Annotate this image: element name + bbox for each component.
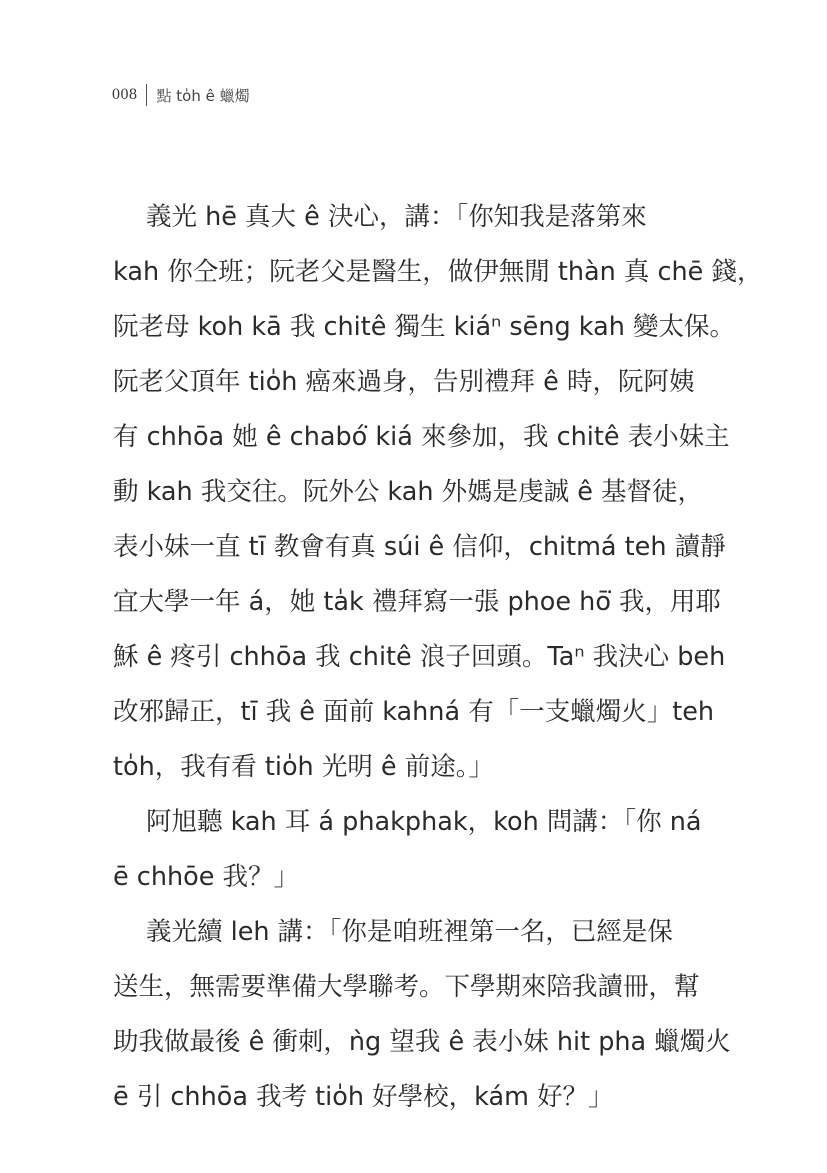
text-line: 送生，無需要準備大學聯考。下學期來陪我讀冊，幫 — [113, 960, 723, 1015]
header-divider — [146, 84, 147, 106]
text-line: to̍h，我有看 tio̍h 光明 ê 前途。」 — [113, 740, 723, 795]
running-header: 008 點 to̍h ê 蠟燭 — [112, 84, 250, 106]
text-line: 有 chhōa 她 ê chabó͘ kiá 來參加，我 chitê 表小妹主 — [113, 410, 723, 465]
text-line: 改邪歸正，tī 我 ê 面前 kahná 有「一支蠟燭火」teh — [113, 685, 723, 740]
text-line: ē 引 chhōa 我考 tio̍h 好學校，kám 好？」 — [113, 1070, 723, 1125]
text-line: 義光 hē 真大 ê 決心，講：「你知我是落第來 — [113, 190, 723, 245]
text-line: 穌 ê 疼引 chhōa 我 chitê 浪子回頭。Taⁿ 我決心 beh — [113, 630, 723, 685]
text-line: 宜大學一年 á，她 ta̍k 禮拜寫一張 phoe hō͘ 我，用耶 — [113, 575, 723, 630]
text-line: 動 kah 我交往。阮外公 kah 外媽是虔誠 ê 基督徒， — [113, 465, 723, 520]
text-line: 義光續 leh 講：「你是咱班裡第一名，已經是保 — [113, 905, 723, 960]
text-line: 表小妹一直 tī 教會有真 súi ê 信仰，chitmá teh 讀靜 — [113, 520, 723, 575]
text-line: 阮老父頂年 tio̍h 癌來過身，告別禮拜 ê 時，阮阿姨 — [113, 355, 723, 410]
text-line: 助我做最後 ê 衝刺，ǹg 望我 ê 表小妹 hit pha 蠟燭火 — [113, 1015, 723, 1070]
body-text: 義光 hē 真大 ê 決心，講：「你知我是落第來 kah 你仝班；阮老父是醫生，… — [113, 190, 723, 1125]
text-line: ē chhōe 我？」 — [113, 850, 723, 905]
book-title: 點 to̍h ê 蠟燭 — [157, 85, 250, 106]
text-line: 阿旭聽 kah 耳 á phakphak，koh 問講：「你 ná — [113, 795, 723, 850]
text-line: 阮老母 koh kā 我 chitê 獨生 kiáⁿ sēng kah 變太保。 — [113, 300, 723, 355]
page-number: 008 — [112, 86, 138, 104]
text-line: kah 你仝班；阮老父是醫生，做伊無閒 thàn 真 chē 錢， — [113, 245, 723, 300]
